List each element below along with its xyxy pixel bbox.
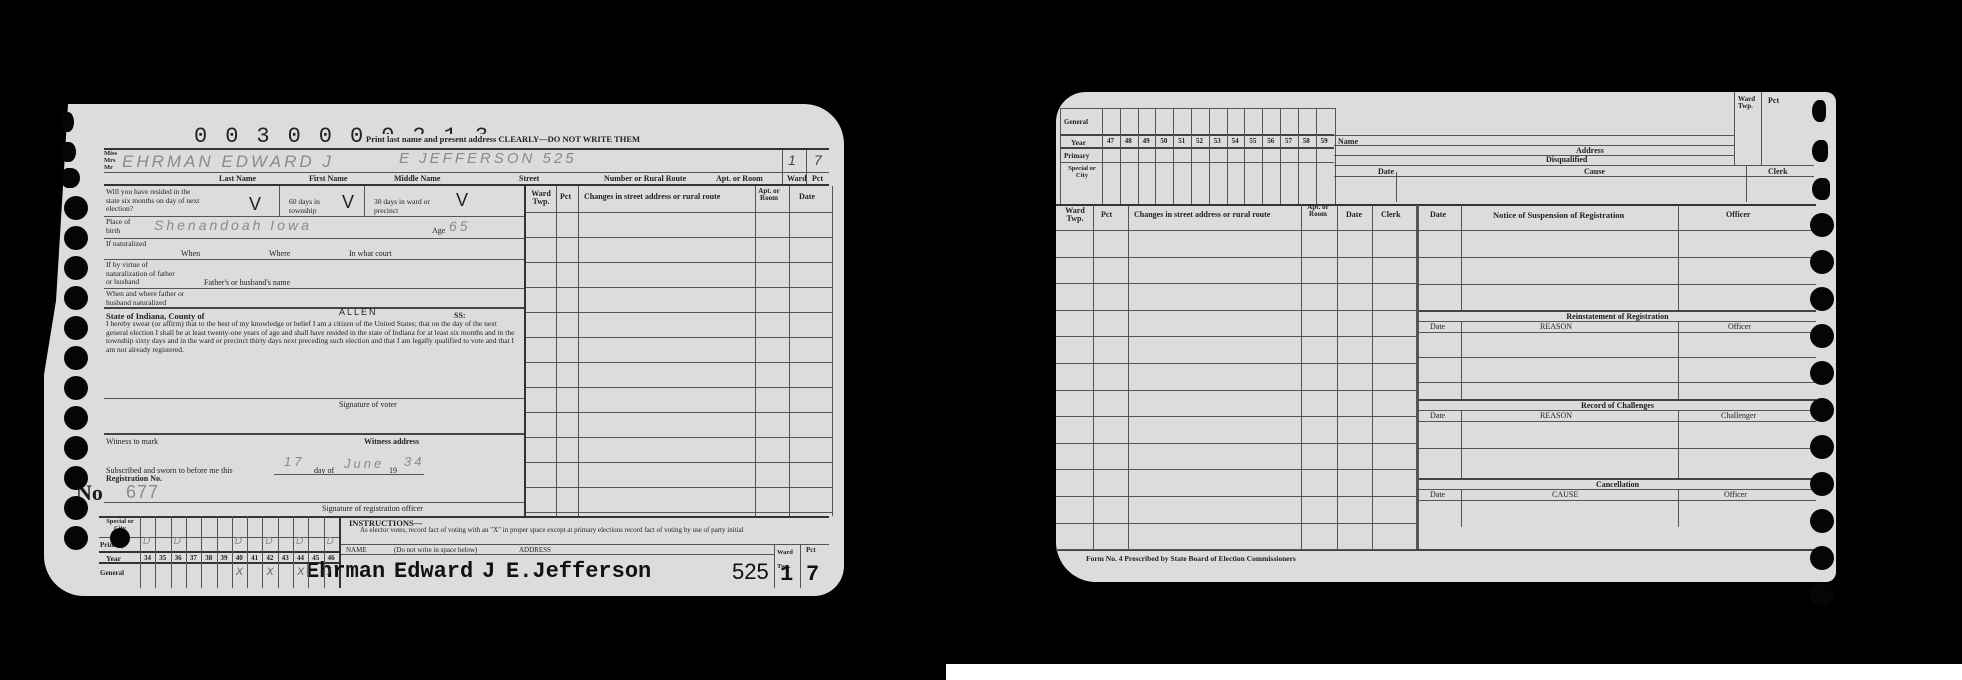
vote-primary-mark: D xyxy=(143,536,150,547)
punch-hole xyxy=(64,256,88,280)
back-vote-year: 58 xyxy=(1298,137,1315,145)
father-name-label: Father's or husband's name xyxy=(204,278,290,287)
reinstatement-reason: REASON xyxy=(1540,322,1572,331)
suspension-officer: Officer xyxy=(1726,210,1750,219)
day-value: 17 xyxy=(284,454,304,469)
father-naturalization-label: If by virtue of naturalization of father… xyxy=(106,261,176,287)
table-row-line xyxy=(526,312,832,313)
disqualified-clerk: Clerk xyxy=(1768,167,1788,176)
handwritten-ward: 1 xyxy=(788,152,799,168)
back-vote-col-line xyxy=(1209,108,1210,204)
scan-border xyxy=(946,664,1962,680)
reinstatement-date: Date xyxy=(1430,322,1445,331)
cancellation-date: Date xyxy=(1430,490,1445,499)
header-instruction: Print last name and present address CLEA… xyxy=(364,134,642,144)
registration-no-value: 677 xyxy=(126,482,159,503)
vote-col-line xyxy=(293,516,294,588)
label-ward: Ward xyxy=(787,174,807,183)
back-vote-year: 56 xyxy=(1262,137,1279,145)
back-vote-year: 59 xyxy=(1316,137,1333,145)
vote-primary-mark: D xyxy=(296,536,303,547)
typed-first-name: Edward xyxy=(394,559,473,584)
back-vote-year: 57 xyxy=(1280,137,1297,145)
table-row-line xyxy=(526,362,832,363)
vote-year: 46 xyxy=(324,554,339,562)
changes-header-ward: Ward Twp. xyxy=(530,190,552,206)
label-number-route: Number or Rural Route xyxy=(604,174,686,183)
back-vote-year: 51 xyxy=(1173,137,1190,145)
salutation-mrs: Mrs xyxy=(104,157,116,164)
officer-signature-label: Signature of registration officer xyxy=(322,504,423,513)
handwritten-name: EHRMAN EDWARD J xyxy=(122,152,334,172)
table-row-line xyxy=(526,462,832,463)
back-vote-col-line xyxy=(1191,108,1192,204)
back-vote-col-line xyxy=(1316,108,1317,204)
punch-hole-edge xyxy=(62,168,80,188)
back-table-row-line xyxy=(1056,496,1416,497)
vote-year: 35 xyxy=(155,554,170,562)
back-vote-col-line xyxy=(1280,108,1281,204)
vote-primary-mark: D xyxy=(235,536,242,547)
back-vote-year: 52 xyxy=(1191,137,1208,145)
table-row-line xyxy=(526,512,832,513)
registration-card-back: General Year Primary Special or City Nam… xyxy=(1056,92,1836,582)
back-changes-date: Date xyxy=(1346,210,1362,219)
punch-hole-edge xyxy=(1812,178,1830,200)
punch-hole-edge xyxy=(1812,100,1826,122)
back-vote-col-line xyxy=(1102,108,1103,204)
changes-header-address: Changes in street address or rural route xyxy=(584,192,720,201)
suspension-title: Notice of Suspension of Registration xyxy=(1493,210,1624,220)
table-row-line xyxy=(526,262,832,263)
back-vote-col-line xyxy=(1227,108,1228,204)
table-row-line xyxy=(526,487,832,488)
back-table-row-line xyxy=(1056,469,1416,470)
vote-primary-mark: D xyxy=(265,536,272,547)
vote-col-line xyxy=(171,516,172,588)
vote-year: 38 xyxy=(201,554,216,562)
table-row-line xyxy=(526,387,832,388)
witness-address-label: Witness address xyxy=(364,437,419,446)
punch-hole xyxy=(64,196,88,220)
back-changes-apt: Apt. or Room xyxy=(1306,204,1330,218)
back-changes-address: Changes in street address or rural route xyxy=(1134,210,1270,219)
label-apt-room: Apt. or Room xyxy=(716,174,763,183)
punch-hole xyxy=(64,226,88,250)
table-row-line xyxy=(526,437,832,438)
punch-hole xyxy=(64,496,88,520)
salutation-miss: Miss xyxy=(104,150,117,157)
suspension-date: Date xyxy=(1430,210,1446,219)
days-ward-answer: V xyxy=(456,190,471,211)
punch-hole xyxy=(64,406,88,430)
vote-general-mark: X xyxy=(297,566,304,578)
back-pct-label: Pct xyxy=(1768,96,1779,105)
back-vote-col-line xyxy=(1155,108,1156,204)
back-table-row-line xyxy=(1056,310,1416,311)
challenges-title: Record of Challenges xyxy=(1419,401,1816,410)
challenges-reason: REASON xyxy=(1540,411,1572,420)
disqualified-cause: Cause xyxy=(1584,167,1605,176)
vote-general-mark: / xyxy=(328,566,331,578)
changes-header-apt: Apt. or Room xyxy=(758,188,780,202)
back-vote-year: 54 xyxy=(1227,137,1244,145)
punch-hole xyxy=(64,466,88,490)
changes-header-pct: Pct xyxy=(560,192,571,201)
back-table-row-line xyxy=(1056,549,1416,550)
father-when-where-label: When and where father or husband natural… xyxy=(106,290,206,307)
back-address-label: Address xyxy=(1576,146,1604,155)
vote-col-line xyxy=(278,516,279,588)
witness-mark-label: Witness to mark xyxy=(106,437,158,446)
vote-col-line xyxy=(140,516,141,588)
vote-year: 39 xyxy=(217,554,232,562)
naturalized-label: If naturalized xyxy=(106,240,156,249)
label-middle-name: Middle Name xyxy=(394,174,440,183)
back-table-row-line xyxy=(1056,230,1416,231)
vote-col-line xyxy=(308,516,309,588)
back-ward-label: Ward Twp. xyxy=(1738,96,1758,110)
officer-signature xyxy=(184,484,191,499)
vote-primary-mark: D xyxy=(174,536,181,547)
signature-voter-label: Signature of voter xyxy=(339,400,397,409)
residence-question: Will you have resided in the state six m… xyxy=(106,188,206,214)
vote-col-line xyxy=(155,516,156,588)
vote-year: 42 xyxy=(262,554,277,562)
back-vote-year: 50 xyxy=(1155,137,1172,145)
typed-last-name: Ehrman xyxy=(306,559,385,584)
back-vote-row-special: Special or City xyxy=(1064,165,1100,179)
challenges-challenger: Challenger xyxy=(1721,411,1756,420)
footer-name-label: NAME xyxy=(346,546,367,554)
punch-hole-edge xyxy=(1812,140,1828,162)
table-row-line xyxy=(526,237,832,238)
table-row-line xyxy=(526,412,832,413)
back-vote-row-primary: Primary xyxy=(1064,152,1089,160)
vote-year: 36 xyxy=(171,554,186,562)
vote-general-mark: X xyxy=(236,566,243,578)
place-of-birth-label: Place of birth xyxy=(106,218,146,235)
place-of-birth-value: Shenandoah Iowa xyxy=(154,217,312,233)
footer-note: (Do not write in space below) xyxy=(394,546,477,554)
back-changes-ward: Ward Twp. xyxy=(1064,207,1086,223)
back-vote-col-line xyxy=(1244,108,1245,204)
table-row-line xyxy=(526,287,832,288)
back-vote-col-line xyxy=(1173,108,1174,204)
punch-hole xyxy=(1810,250,1834,274)
punch-hole xyxy=(1810,213,1834,237)
back-vote-col-line xyxy=(1262,108,1263,204)
vote-col-line xyxy=(217,516,218,588)
when-label: When xyxy=(181,249,200,258)
back-table-row-line xyxy=(1056,390,1416,391)
back-table-row-line xyxy=(1056,416,1416,417)
back-vote-col-line xyxy=(1120,108,1121,204)
reinstatement-officer: Officer xyxy=(1728,322,1751,331)
days-township-answer: V xyxy=(342,192,357,213)
oath-text: I hereby swear (or affirm) that to the b… xyxy=(106,320,516,354)
punch-hole xyxy=(1810,509,1834,533)
age-value: 65 xyxy=(449,218,471,234)
back-vote-row-year: Year xyxy=(1071,138,1086,147)
back-vote-year: 53 xyxy=(1209,137,1226,145)
vote-col-line xyxy=(324,516,325,588)
back-table-row-line xyxy=(1056,523,1416,524)
label-pct: Pct xyxy=(812,174,823,183)
handwritten-pct: 7 xyxy=(814,152,825,168)
punch-hole xyxy=(1810,546,1834,570)
label-first-name: First Name xyxy=(309,174,347,183)
vote-col-line xyxy=(201,516,202,588)
punch-hole xyxy=(64,376,88,400)
punch-hole xyxy=(64,286,88,310)
vote-year: 43 xyxy=(278,554,293,562)
year-value: 34 xyxy=(404,454,424,469)
residence-answer: V xyxy=(249,194,264,215)
punch-hole xyxy=(64,526,88,550)
punch-hole xyxy=(1810,472,1834,496)
salutation-mr: Mr xyxy=(104,164,113,171)
vote-col-line xyxy=(247,516,248,588)
punch-hole xyxy=(1810,435,1834,459)
handwritten-street: E JEFFERSON 525 xyxy=(399,150,577,167)
vote-year: 44 xyxy=(293,554,308,562)
back-vote-year: 47 xyxy=(1102,137,1119,145)
vote-year: 41 xyxy=(247,554,262,562)
vote-year: 37 xyxy=(186,554,201,562)
back-vote-col-line xyxy=(1138,108,1139,204)
cancellation-title: Cancellation xyxy=(1419,480,1816,489)
typed-pct: 7 xyxy=(806,562,819,587)
vote-year: 34 xyxy=(140,554,155,562)
punch-hole xyxy=(1810,361,1834,385)
days-township-label: 60 days in township xyxy=(289,198,349,215)
back-table-row-line xyxy=(1056,283,1416,284)
punch-hole-edge xyxy=(62,142,76,162)
age-label: Age xyxy=(432,226,445,235)
registration-card-front: 0030000213 Print last name and present a… xyxy=(44,104,844,596)
back-table-row-line xyxy=(1056,443,1416,444)
back-changes-clerk: Clerk xyxy=(1381,210,1401,219)
disqualified-title: Disqualified xyxy=(1546,155,1587,164)
instructions-text: As elector votes, record fact of voting … xyxy=(360,527,800,535)
footer-pct-label: Pct xyxy=(806,546,816,554)
table-row-line xyxy=(526,337,832,338)
table-row-line xyxy=(526,212,832,213)
county-value: ALLEN xyxy=(339,307,378,317)
punch-hole xyxy=(1810,583,1834,607)
punch-hole xyxy=(64,316,88,340)
back-table-row-line xyxy=(1056,257,1416,258)
label-last-name: Last Name xyxy=(219,174,256,183)
punch-hole xyxy=(110,528,130,548)
reinstatement-title: Reinstatement of Registration xyxy=(1419,312,1816,321)
punch-hole xyxy=(1810,398,1834,422)
footer-address-label: ADDRESS xyxy=(519,546,551,554)
typed-middle: J xyxy=(482,559,495,584)
typed-number: 525 xyxy=(732,559,769,585)
challenges-date: Date xyxy=(1430,411,1445,420)
vote-year: 40 xyxy=(232,554,247,562)
court-label: In what court xyxy=(349,249,392,258)
vote-row-general: General xyxy=(100,569,124,577)
vote-year: 45 xyxy=(308,554,323,562)
back-vote-year: 49 xyxy=(1138,137,1155,145)
voter-signature xyxy=(194,366,201,381)
vote-col-line xyxy=(232,516,233,588)
changes-header-date: Date xyxy=(799,192,815,201)
back-changes-pct: Pct xyxy=(1101,210,1112,219)
back-vote-col-line xyxy=(1298,108,1299,204)
vote-col-line xyxy=(186,516,187,588)
cancellation-officer: Officer xyxy=(1724,490,1747,499)
back-table-row-line xyxy=(1056,336,1416,337)
punch-hole xyxy=(64,346,88,370)
back-vote-row-general: General xyxy=(1064,118,1088,126)
back-footer: Form No. 4 Prescribed by State Board of … xyxy=(1086,554,1296,563)
back-vote-year: 48 xyxy=(1120,137,1137,145)
days-ward-label: 30 days in ward or precinct xyxy=(374,198,444,215)
typed-ward: 1 xyxy=(780,562,793,587)
typed-street: E.Jefferson xyxy=(506,559,651,584)
punch-hole xyxy=(1810,324,1834,348)
punch-hole-edge xyxy=(62,112,74,132)
vote-general-mark: X xyxy=(266,566,273,578)
label-street: Street xyxy=(519,174,539,183)
where-label: Where xyxy=(269,249,290,258)
back-table-row-line xyxy=(1056,363,1416,364)
punch-hole xyxy=(1810,287,1834,311)
month-value: June xyxy=(344,456,384,471)
vote-primary-mark: D xyxy=(327,536,334,547)
cancellation-cause: CAUSE xyxy=(1552,490,1578,499)
vote-col-line xyxy=(262,516,263,588)
punch-hole xyxy=(64,436,88,460)
disqualified-date: Date xyxy=(1378,167,1394,176)
back-vote-year: 55 xyxy=(1244,137,1261,145)
